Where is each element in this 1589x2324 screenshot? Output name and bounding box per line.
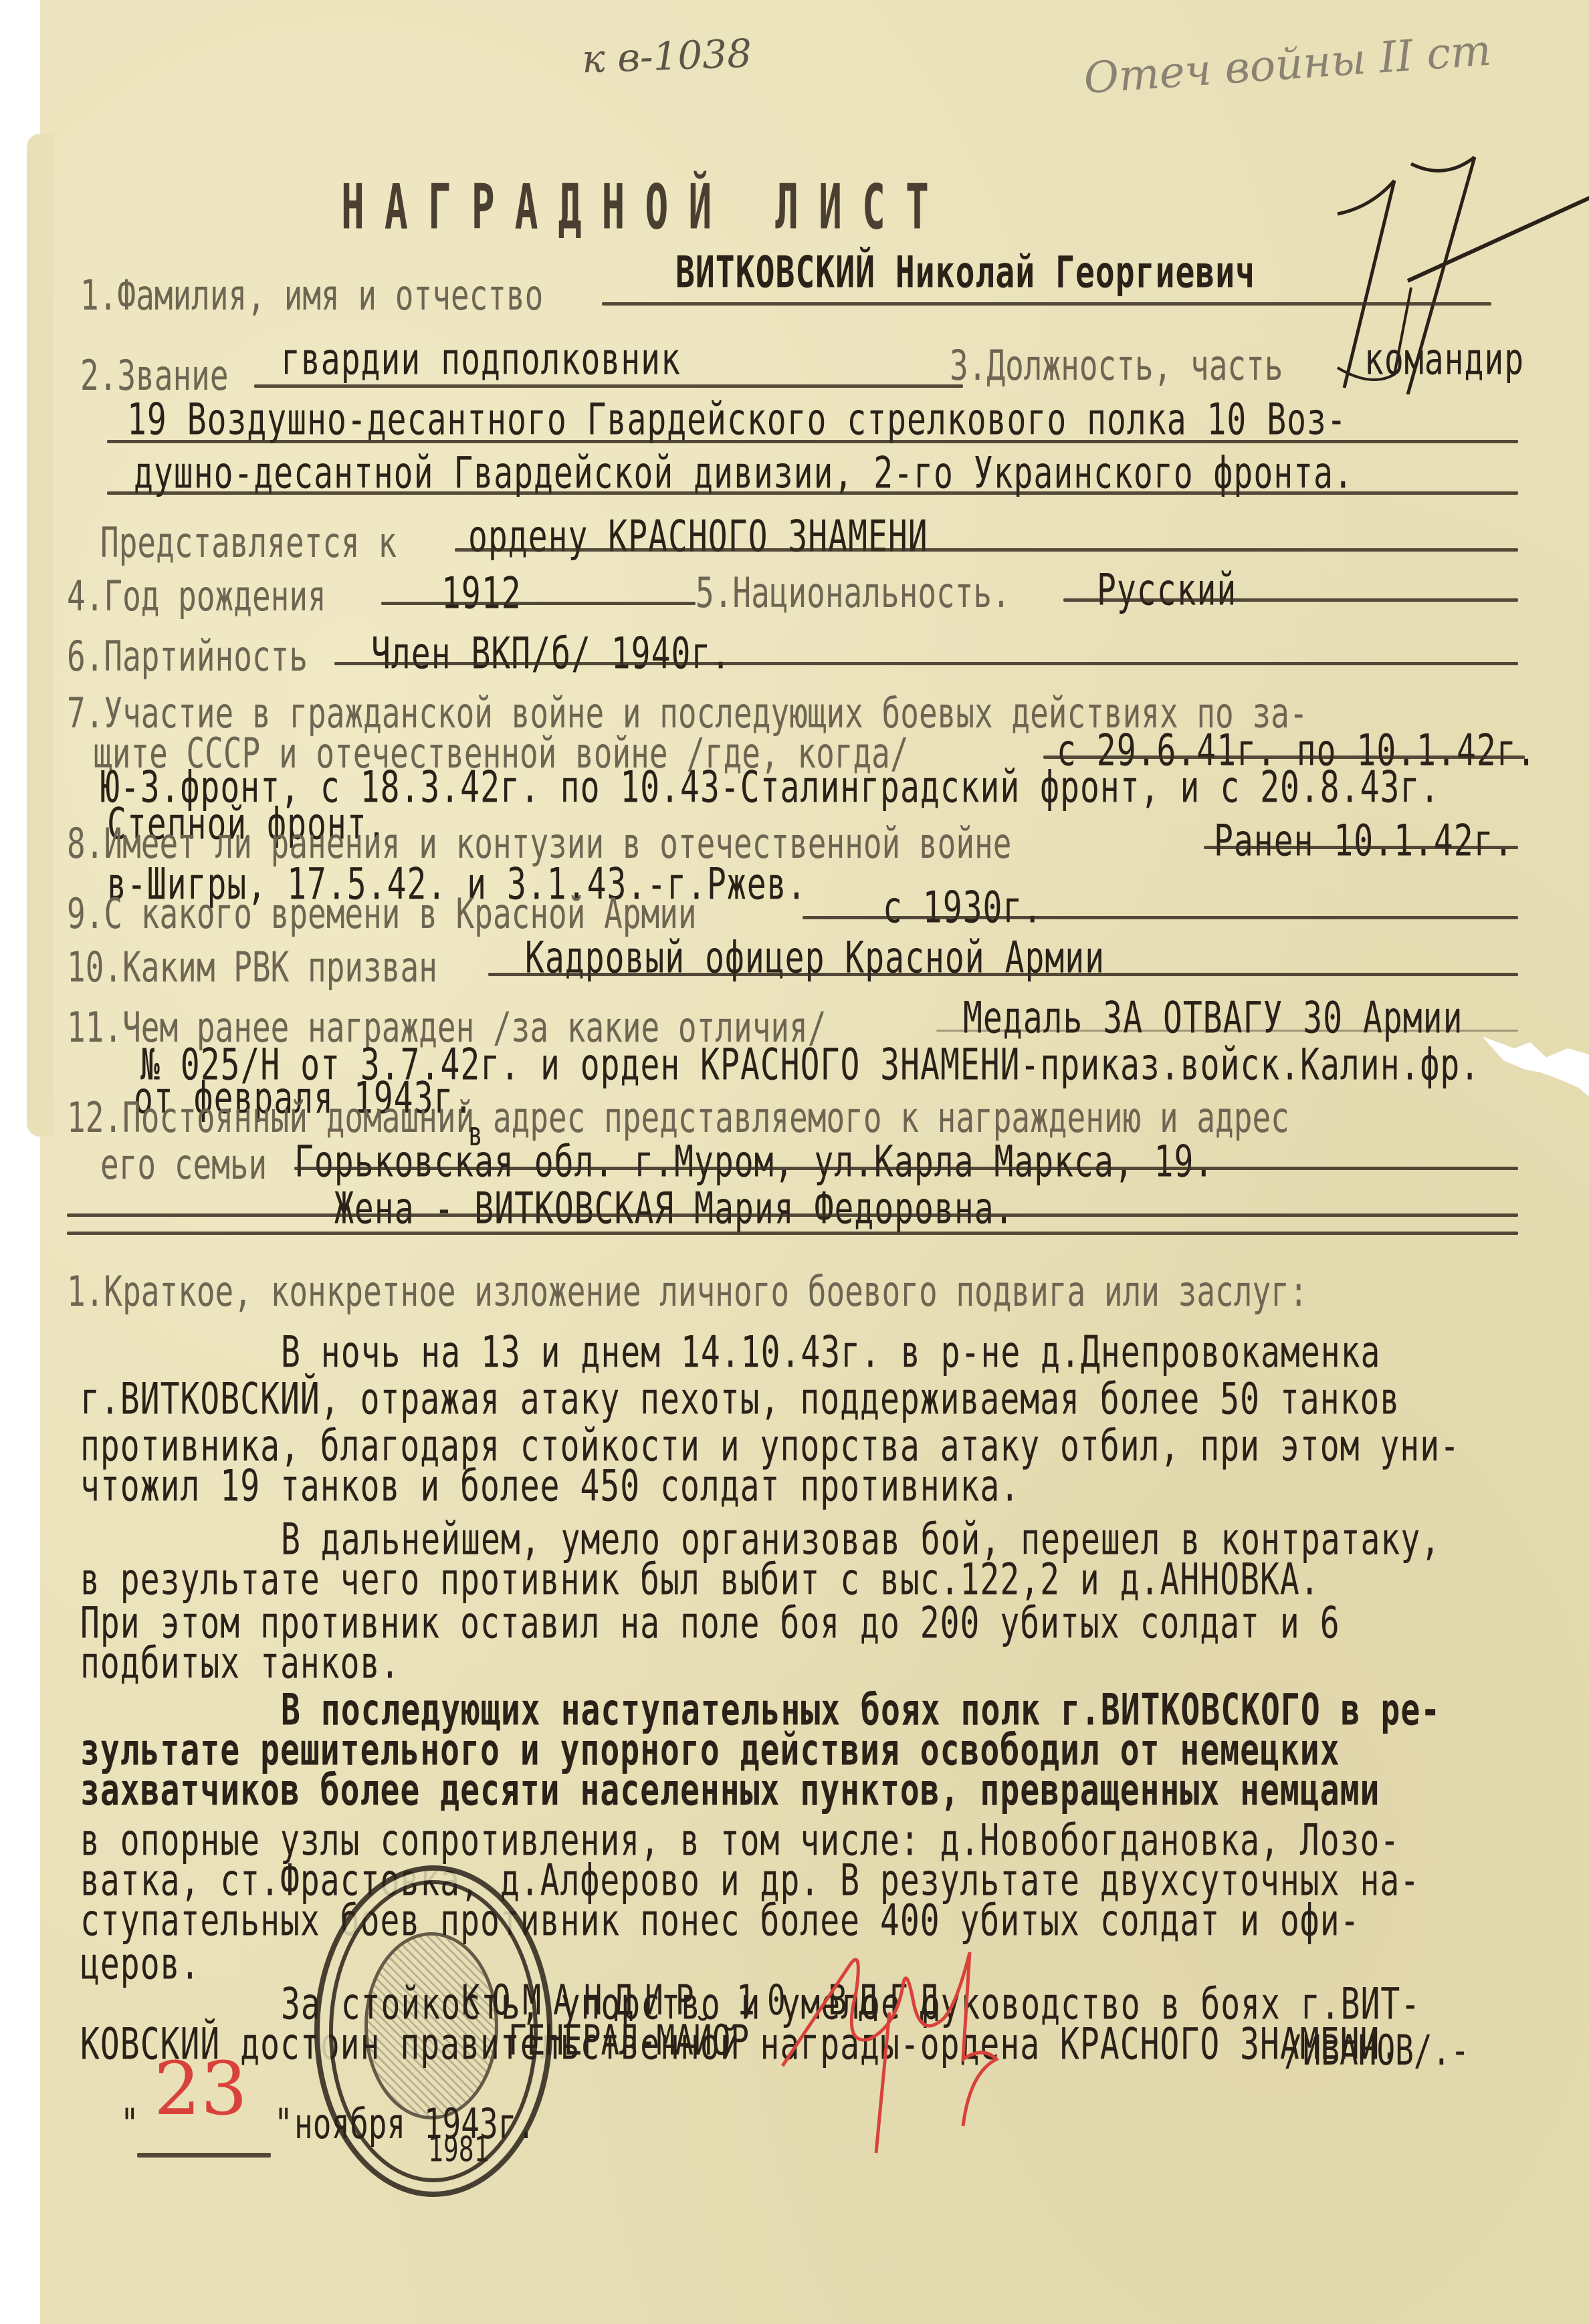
section-divider (67, 1232, 1518, 1235)
field-underline (602, 302, 1491, 306)
field-underline (1063, 598, 1518, 602)
summary-line: захватчиков более десяти населенных пунк… (80, 1765, 1380, 1816)
field-nationality-value: Русский (1097, 565, 1237, 616)
field-party-value: Член ВКП/б/ 1940г. (371, 628, 731, 679)
field-rank-label: 2.Звание (80, 351, 229, 400)
field-service-label: 9.С какого времени в Красной Армии (67, 889, 697, 938)
field-birth-year-label: 4.Год рождения (67, 572, 326, 620)
field-rank-value: гвардии подполковник (281, 334, 681, 385)
signer-rank: ГЕНЕРАЛ-МАЙОР (508, 2016, 749, 2065)
field-underline (455, 548, 1518, 552)
summary-line: подбитых танков. (80, 1638, 400, 1689)
field-name-label: 1.Фамилия, имя и отчество (80, 271, 543, 320)
field-underline (488, 973, 1518, 976)
summary-line: церов. (80, 1939, 200, 1990)
field-underline (107, 491, 1518, 495)
seal-number: 1981 (428, 2129, 490, 2169)
summary-line: ступательных боев противник понес более … (80, 1895, 1360, 1946)
section-divider (67, 1213, 1518, 1217)
field-position-label: 3.Должность, часть (950, 341, 1283, 390)
page-title: НАГРАДНОЙ ЛИСТ (341, 170, 949, 243)
summary-heading: 1.Краткое, конкретное изложение личного … (67, 1267, 1308, 1316)
paper-torn-edge (27, 134, 54, 1137)
field-name-value: ВИТКОВСКИЙ Николай Георгиевич (675, 247, 1255, 298)
field-underline (803, 916, 1518, 919)
summary-line: г.ВИТКОВСКИЙ, отражая атаку пехоты, подд… (80, 1374, 1400, 1425)
field-conscription-label: 10.Каким РВК призван (67, 943, 437, 992)
field-address-value-2: Жена - ВИТКОВСКАЯ Мария Федоровна. (334, 1183, 1015, 1234)
field-underline (254, 384, 963, 388)
field-underline (936, 1030, 1518, 1032)
field-nationality-label: 5.Национальность. (696, 568, 1011, 617)
date-rest: ноября 1943г. (294, 2099, 535, 2148)
date-underline (137, 2153, 271, 2158)
field-position-value-1: командир (1364, 334, 1524, 385)
field-wounds-value-1: Ранен 10.1.42г. (1214, 816, 1513, 866)
red-signature (769, 1926, 1077, 2180)
signer-name: /ИВАНОВ/.- (1284, 2026, 1469, 2075)
seal-emblem (364, 1932, 498, 2119)
field-address-label-1: 12.Постоянный домашний адрес представляе… (67, 1093, 1289, 1142)
summary-line: В ночь на 13 и днем 14.10.43г. в р-не д.… (281, 1327, 1380, 1378)
field-address-value-1: Горьковская обл. г.Муром, ул.Карла Маркс… (294, 1137, 1214, 1187)
field-service-value: с 1930г. (883, 883, 1043, 933)
field-birth-year-value: 1912 (441, 568, 522, 619)
archive-number-note: к в-1038 (581, 31, 752, 82)
field-underline (1204, 846, 1518, 849)
field-underline (107, 440, 1518, 443)
field-party-label: 6.Партийность (67, 632, 308, 681)
date-open-quote: " (120, 2099, 139, 2148)
field-position-value-2: 19 Воздушно-десантного Гвардейского стре… (127, 394, 1347, 445)
field-address-label-2: его семьи (100, 1140, 267, 1189)
field-underline (294, 1167, 1518, 1170)
date-day: 23 (154, 2046, 247, 2131)
field-awards-value-1: Медаль ЗА ОТВАГУ 30 Армии (963, 993, 1463, 1044)
field-underline (381, 602, 696, 605)
field-presented-label: Представляется к (100, 518, 397, 567)
field-underline (334, 662, 1518, 665)
field-underline (1043, 756, 1525, 759)
field-presented-value: ордену КРАСНОГО ЗНАМЕНИ (468, 511, 928, 562)
date-close-quote: " (274, 2099, 293, 2148)
summary-line: чтожил 19 танков и более 450 солдат прот… (80, 1461, 1020, 1512)
